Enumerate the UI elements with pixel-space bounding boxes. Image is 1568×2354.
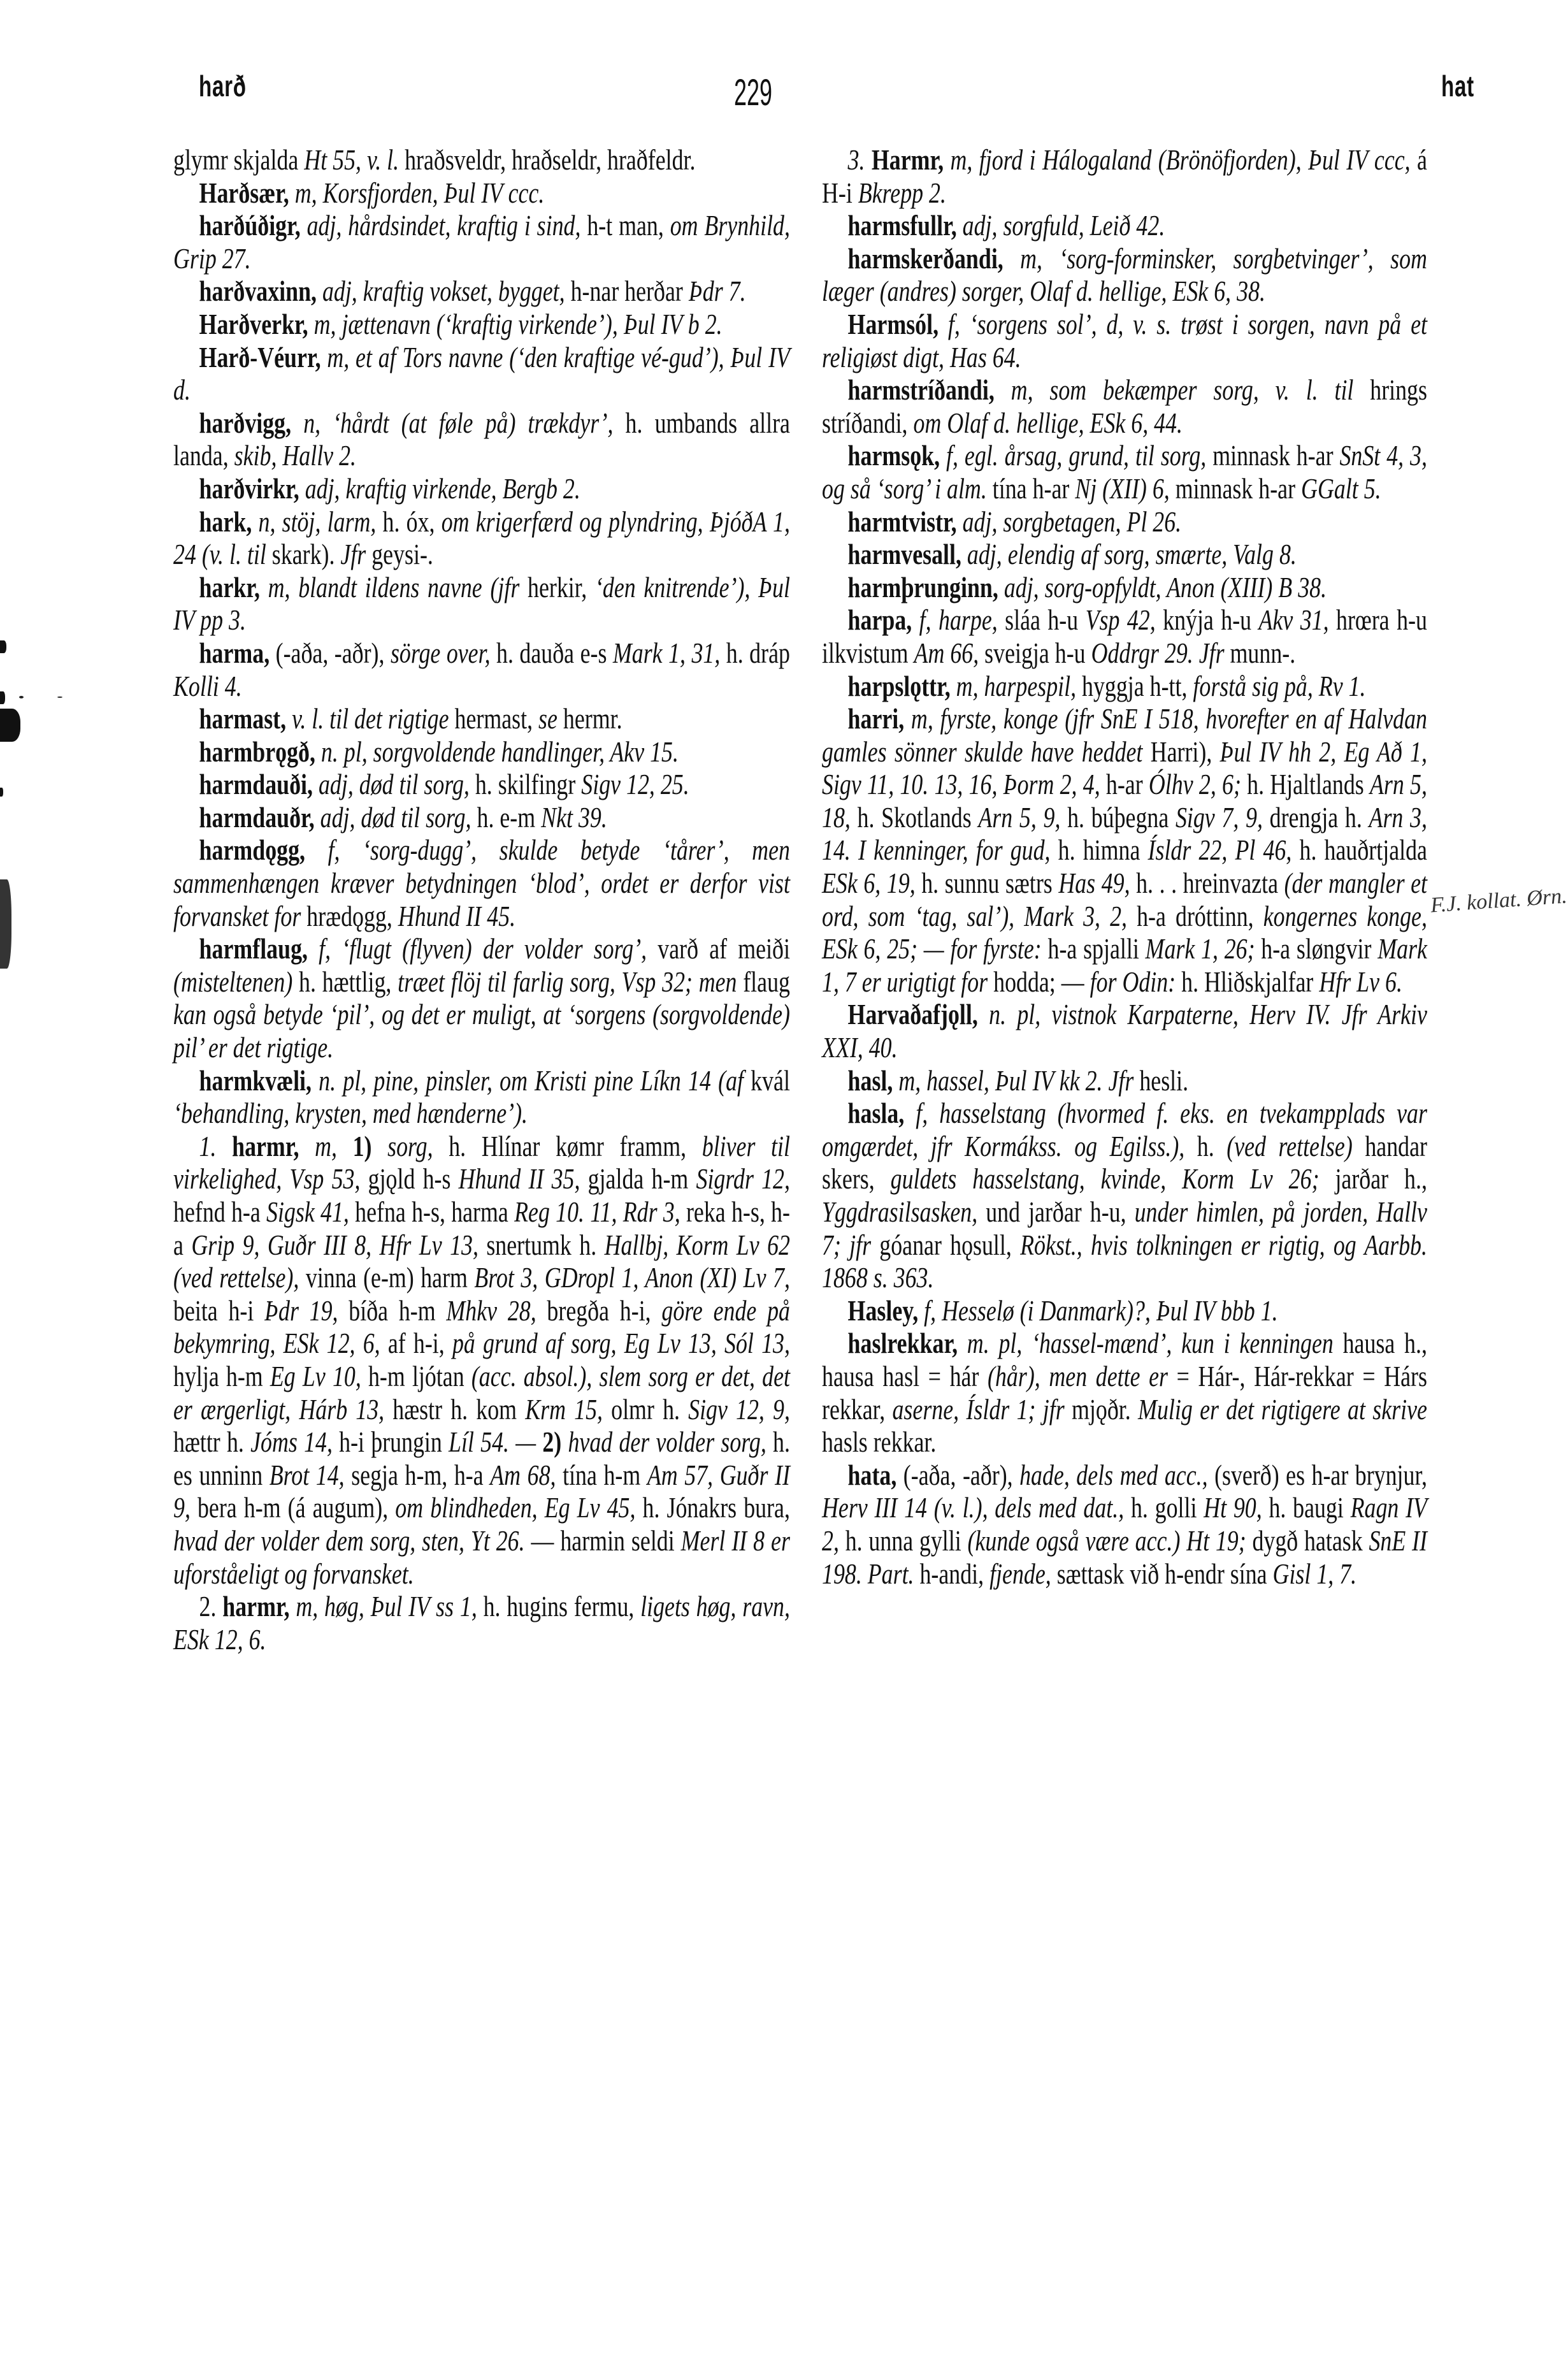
gloss-italic: Líl 54. — xyxy=(449,1426,542,1458)
citation-text: hesli. xyxy=(1133,1064,1188,1097)
citation-text: h. Jónakrs bura, xyxy=(635,1491,789,1524)
headword: harðvaxinn, xyxy=(199,275,322,307)
dictionary-entry: harmskerðandi, m, ‘sorg-forminsker, sorg… xyxy=(822,242,1427,308)
citation-text: h. dauða e-s xyxy=(491,637,613,669)
gloss-italic: Ólhv 2, 6; xyxy=(1149,768,1241,800)
citation-text: — harmin seldi xyxy=(525,1524,681,1557)
citation-text: sveigja h-u xyxy=(979,637,1091,669)
gloss-italic: aserne, Ísldr 1; jfr xyxy=(892,1393,1064,1426)
citation-text: sláa h-u xyxy=(998,603,1086,636)
running-head-right: hat xyxy=(1441,69,1474,103)
scan-edge-shadow xyxy=(0,640,6,653)
gloss-italic: adj, sorg-opfyldt, Anon (XIII) B 38. xyxy=(1004,571,1327,603)
headword: harmdǫgg, xyxy=(199,834,328,866)
citation-text: munn-. xyxy=(1225,637,1296,669)
dictionary-entry: hasl, m, hassel, Þul IV kk 2. Jfr hesli. xyxy=(822,1064,1427,1097)
gloss-italic: sörge over, xyxy=(391,637,491,669)
gloss-italic: GGalt 5. xyxy=(1301,472,1381,505)
headword: harpslǫttr, xyxy=(848,670,956,702)
gloss-italic: Þdr 7. xyxy=(689,275,746,307)
citation-text: h. Hliðskjalfar xyxy=(1176,965,1319,998)
right-column: 3. Harmr, m, fjord i Hálogaland (Brönöfj… xyxy=(822,143,1427,1590)
gloss-italic: m, fjord i Hálogaland (Brönöfjorden), Þu… xyxy=(951,143,1411,176)
gloss-italic: Mark 1, 26; xyxy=(1146,932,1255,965)
citation-text: hefna h-s, harma xyxy=(349,1195,514,1228)
gloss-italic: 1. xyxy=(199,1130,233,1162)
citation-text: flaug xyxy=(737,965,789,998)
gloss-italic: Bkrepp 2. xyxy=(858,177,946,209)
dictionary-entry: harmdǫgg, f, ‘sorg-dugg’, skulde betyde … xyxy=(173,834,790,932)
dictionary-entry: 1. harmr, m, 1) sorg, h. Hlínar kømr fra… xyxy=(173,1130,790,1590)
citation-text: drengja h. xyxy=(1263,801,1369,834)
citation-text: h-nar herðar xyxy=(565,275,689,307)
scan-edge-shadow xyxy=(0,709,20,742)
gloss-italic: n. pl, pine, pinsler, om Kristi pine Lík… xyxy=(319,1064,744,1097)
headword: harmbrǫgð, xyxy=(199,735,321,768)
citation-text: varð af meiði xyxy=(647,932,790,965)
citation-text: h-ar xyxy=(1100,768,1149,800)
citation-text: h-a dróttinn, xyxy=(1127,900,1263,932)
gloss-italic: Vsp 42, xyxy=(1086,603,1156,636)
scan-dot xyxy=(57,697,62,698)
headword: harmr, xyxy=(222,1590,296,1622)
dictionary-entry: harmþrunginn, adj, sorg-opfyldt, Anon (X… xyxy=(822,571,1427,604)
gloss-italic: Mhkv 28, xyxy=(446,1294,536,1327)
headword: harmdauðr, xyxy=(199,801,320,834)
citation-text: gjalda h-m xyxy=(580,1162,696,1195)
scan-dot xyxy=(19,696,24,698)
citation-text: hefnd h-a xyxy=(173,1195,266,1228)
dictionary-entry: harri, m, fyrste, konge (jfr SnE I 518, … xyxy=(822,702,1427,998)
citation-text: h. unna gylli xyxy=(839,1524,968,1557)
gloss-italic: adj, kraftig virkende, Bergb 2. xyxy=(305,472,580,505)
handwritten-margin-note: F.J. kollat. Ørn. xyxy=(1430,885,1568,918)
gloss-italic: fjende, xyxy=(989,1557,1051,1590)
gloss-italic: adj, død til sorg, xyxy=(319,768,470,800)
dictionary-entry: harðvigg, n, ‘hårdt (at føle på) trækdyr… xyxy=(173,407,790,472)
citation-text: geysi-. xyxy=(366,538,433,570)
dictionary-entry: harðvaxinn, adj, kraftig vokset, bygget,… xyxy=(173,275,790,308)
dictionary-entry: hata, (-aða, -aðr), hade, dels med acc.,… xyxy=(822,1459,1427,1590)
citation-text: hyggja h-tt, xyxy=(1076,670,1193,702)
gloss-italic: Hfr Lv 6. xyxy=(1319,965,1402,998)
citation-text: h. hugins fermu, xyxy=(477,1590,640,1622)
headword: harma, xyxy=(199,637,276,669)
citation-text: h-a spjalli xyxy=(1042,932,1146,965)
gloss-italic: Þdr 19, xyxy=(264,1294,338,1327)
citation-text: minnask h-ar xyxy=(1206,439,1339,472)
citation-text: h. baugi xyxy=(1262,1491,1351,1524)
citation-text: h. sunnu sætrs xyxy=(916,867,1059,899)
gloss-italic: Gisl 1, 7. xyxy=(1273,1557,1357,1590)
headword: harpa, xyxy=(848,603,919,636)
headword: Harðsær, xyxy=(199,177,295,209)
headword: harmtvistr, xyxy=(848,505,963,538)
dictionary-entry: harðúðigr, adj, hårdsindet, kraftig i si… xyxy=(173,209,790,275)
citation-text: h. Hlínar kømr framm, xyxy=(433,1130,702,1162)
citation-text: knýja h-u xyxy=(1156,603,1259,636)
citation-text: snertumk h. xyxy=(478,1229,605,1261)
gloss-italic: om blindheden, Eg Lv 45, xyxy=(395,1491,635,1524)
left-column: glymr skjalda Ht 55, v. l. hraðsveldr, h… xyxy=(173,143,790,1656)
headword: harmdauði, xyxy=(199,768,319,800)
citation-text: h. . . hreinvazta xyxy=(1130,867,1284,899)
headword: Harmr, xyxy=(872,143,951,176)
gloss-italic: Ísldr 22, Pl 46, xyxy=(1148,834,1292,866)
gloss-italic: Sigv 7, 9, xyxy=(1176,801,1263,834)
dictionary-entry: harmtvistr, adj, sorgbetagen, Pl 26. xyxy=(822,505,1427,538)
headword: Harvaðafjǫll, xyxy=(848,998,989,1030)
citation-text: sættask við h-endr sína xyxy=(1051,1557,1273,1590)
dictionary-entry: harpa, f, harpe, sláa h-u Vsp 42, knýja … xyxy=(822,603,1427,669)
gloss-italic: Brot 3, GDropl 1, Anon (XI) Lv 7, xyxy=(474,1261,790,1294)
citation-text: bregða h-i, xyxy=(536,1294,662,1327)
headword: harkr, xyxy=(199,571,268,603)
dictionary-entry: harmvesall, adj, elendig af sorg, smærte… xyxy=(822,538,1427,571)
running-head-left: harð xyxy=(199,69,247,103)
headword: harmkvæli, xyxy=(199,1064,319,1097)
citation-text: jarðar h., xyxy=(1320,1162,1427,1195)
headword: harmskerðandi, xyxy=(848,242,1021,275)
citation-text: h. himna xyxy=(1051,834,1148,866)
gloss-italic: Reg 10. 11, Rdr 3, xyxy=(514,1195,680,1228)
citation-text: hættr h. xyxy=(173,1426,250,1458)
citation-text: h. Skotlands xyxy=(851,801,979,834)
gloss-italic: (hår), men dette er xyxy=(988,1360,1168,1392)
citation-text: beita h-i xyxy=(173,1294,264,1327)
citation-text: hasls rekkar. xyxy=(822,1426,936,1458)
gloss-italic: (misteltenen) xyxy=(173,965,292,998)
scan-edge-shadow xyxy=(0,788,3,797)
gloss-italic: hvad der volder sorg, xyxy=(568,1426,766,1458)
dictionary-entry: 3. Harmr, m, fjord i Hálogaland (Brönöfj… xyxy=(822,143,1427,209)
gloss-italic: (ved rettelse) xyxy=(1226,1130,1353,1162)
headword: Hasley, xyxy=(848,1294,924,1327)
dictionary-entry: harmsǫk, f, egl. årsag, grund, til sorg,… xyxy=(822,439,1427,505)
gloss-italic: Hhund II 35, xyxy=(459,1162,580,1195)
headword: harmsfullr, xyxy=(848,209,963,242)
headword: harmvesall, xyxy=(848,538,967,570)
citation-text: dygð hatask xyxy=(1246,1524,1369,1557)
gloss-italic: Mark 1, 31, xyxy=(613,637,720,669)
citation-text: h-andi, xyxy=(914,1557,990,1590)
citation-text: (-aða, -aðr), xyxy=(276,637,391,669)
gloss-italic: hade, dels med acc., xyxy=(1019,1459,1207,1491)
gloss-italic: adj, hårdsindet, kraftig i sind, xyxy=(307,209,581,242)
citation-text: h. skilfingr xyxy=(470,768,581,800)
dictionary-entry: Hasley, f, Hesselø (i Danmark)?, Þul IV … xyxy=(822,1294,1427,1327)
dictionary-entry: harmast, v. l. til det rigtige hermast, … xyxy=(173,702,790,735)
gloss-italic: Am 68, xyxy=(490,1459,556,1491)
gloss-italic: f, harpe, xyxy=(919,603,998,636)
headword: harðvigg, xyxy=(199,407,304,439)
headword: harmflaug, xyxy=(199,932,319,965)
citation-text: glymr skjalda xyxy=(173,143,304,176)
citation-text: af h-i, xyxy=(380,1327,452,1359)
dictionary-entry: harkr, m, blandt ildens navne (jfr herki… xyxy=(173,571,790,637)
citation-text: kvál xyxy=(744,1064,790,1097)
gloss-italic: Sigv 12, 25. xyxy=(581,768,689,800)
gloss-italic: se xyxy=(538,702,557,735)
gloss-italic: Krm 15, xyxy=(525,1393,603,1426)
gloss-italic: kan også betyde ‘pil’, og det er muligt,… xyxy=(173,998,790,1064)
dictionary-entry: harpslǫttr, m, harpespil, hyggja h-tt, f… xyxy=(822,670,1427,703)
citation-text: h. hættlig, xyxy=(292,965,398,998)
citation-text: h-a sløngvir xyxy=(1255,932,1378,965)
dictionary-entry: Harmsól, f, ‘sorgens sol’, d, v. s. trøs… xyxy=(822,308,1427,373)
gloss-italic: f, ‘flugt (flyven) der volder sorg’, xyxy=(319,932,647,965)
gloss-italic: adj, død til sorg, xyxy=(320,801,471,834)
citation-text: h. Hjaltlands xyxy=(1241,768,1370,800)
gloss-italic: adj, kraftig vokset, bygget, xyxy=(322,275,565,307)
citation-text: h. xyxy=(1184,1130,1226,1162)
headword: Harðverkr, xyxy=(199,308,314,340)
citation-text: h. dráp xyxy=(720,637,790,669)
citation-text: h. óx, xyxy=(376,505,441,538)
gloss-italic: adj, sorgfuld, Leið 42. xyxy=(963,209,1165,242)
dictionary-entry: 2. harmr, m, høg, Þul IV ss 1, h. hugins… xyxy=(173,1590,790,1656)
gloss-italic: m, Korsfjorden, Þul IV ccc. xyxy=(295,177,545,209)
gloss-italic: n. pl, sorgvoldende handlinger, Akv 15. xyxy=(321,735,679,768)
gloss-italic: ESk 6, 19, xyxy=(822,867,916,899)
headword: harmþrunginn, xyxy=(848,571,1004,603)
dictionary-entry: harma, (-aða, -aðr), sörge over, h. dauð… xyxy=(173,637,790,702)
citation-text: h. hauðrtjalda xyxy=(1291,834,1427,866)
gloss-italic: Jóms 14, xyxy=(250,1426,333,1458)
citation-text: hraðsveldr, hraðseldr, hraðfeldr. xyxy=(399,143,695,176)
gloss-italic: forstå sig på, Rv 1. xyxy=(1193,670,1365,702)
citation-text: bera h-m (á augum), xyxy=(191,1491,395,1524)
gloss-italic: m. pl, ‘hassel-mænd’, kun i kenningen xyxy=(967,1327,1334,1359)
citation-text: h-m ljótan xyxy=(361,1360,471,1392)
citation-text: Harri), xyxy=(1142,735,1219,768)
gloss-italic: Sigsk 41, xyxy=(266,1195,349,1228)
gloss-italic: adj, elendig af sorg, smærte, Valg 8. xyxy=(967,538,1297,570)
citation-text: h. golli xyxy=(1124,1491,1204,1524)
dictionary-entry: hasla, f, hasselstang (hvormed f. eks. e… xyxy=(822,1097,1427,1294)
gloss-italic: Akv 31, xyxy=(1259,603,1329,636)
dictionary-entry: Harðsær, m, Korsfjorden, Þul IV ccc. xyxy=(173,177,790,210)
gloss-italic: Kolli 4. xyxy=(173,670,242,702)
gloss-italic: Nkt 39. xyxy=(541,801,607,834)
citation-text: tína h-m xyxy=(556,1459,647,1491)
citation-text: hylja h-m xyxy=(173,1360,270,1392)
headword: harmast, xyxy=(199,702,292,735)
headword: harmr, xyxy=(232,1130,315,1162)
gloss-italic: (kunde også være acc.) Ht 19; xyxy=(968,1524,1246,1557)
gloss-italic: Sigrdr 12, xyxy=(696,1162,790,1195)
gloss-italic: Brot 14, xyxy=(270,1459,345,1491)
gloss-italic: træet flöj til farlig sorg, Vsp 32; men xyxy=(398,965,737,998)
dictionary-entry: Harð-Véurr, m, et af Tors navne (‘den kr… xyxy=(173,341,790,407)
gloss-italic: guldets hasselstang, kvinde, Korm Lv 26; xyxy=(891,1162,1320,1195)
citation-text: segja h-m, h-a xyxy=(345,1459,491,1491)
gloss-italic: Hhund II 45. xyxy=(398,900,515,932)
headword: Harð-Véurr, xyxy=(199,341,327,373)
gloss-italic: Ht 55, v. l. xyxy=(304,143,399,176)
headword: harri, xyxy=(848,702,911,735)
gloss-italic: Herv III 14 (v. l.), dels med dat., xyxy=(822,1491,1124,1524)
gloss-italic: Has 49, xyxy=(1058,867,1130,899)
scan-edge-shadow xyxy=(0,879,11,969)
headword: hark, xyxy=(199,505,259,538)
citation-text: góanar hǫsull, xyxy=(871,1229,1020,1261)
dictionary-entry: Harðverkr, m, jættenavn (‘kraftig virken… xyxy=(173,308,790,341)
gloss-italic: Grip 9, Guðr III 8, Hfr Lv 13, xyxy=(191,1229,478,1261)
headword: 1) xyxy=(353,1130,388,1162)
dictionary-entry: Harvaðafjǫll, n. pl, vistnok Karpaterne,… xyxy=(822,998,1427,1064)
citation-text: hermr. xyxy=(557,702,622,735)
dictionary-entry: harmdauði, adj, død til sorg, h. skilfin… xyxy=(173,768,790,801)
dictionary-entry: harmsfullr, adj, sorgfuld, Leið 42. xyxy=(822,209,1427,242)
citation-text: 2. xyxy=(199,1590,223,1622)
citation-text: skark). xyxy=(266,538,341,570)
gloss-italic: m, hassel, Þul IV kk 2. Jfr xyxy=(898,1064,1133,1097)
citation-text: minnask h-ar xyxy=(1170,472,1301,505)
dictionary-entry: harmbrǫgð, n. pl, sorgvoldende handlinge… xyxy=(173,735,790,769)
headword: Harmsól, xyxy=(848,308,948,340)
citation-text: vinna (e-m) harm xyxy=(299,1261,474,1294)
gloss-italic: Eg Lv 10, xyxy=(270,1360,361,1392)
dictionary-entry: haslrekkar, m. pl, ‘hassel-mænd’, kun i … xyxy=(822,1327,1427,1458)
headword: harmstríðandi, xyxy=(848,373,1011,406)
citation-text: hermast, xyxy=(449,702,538,735)
right-column-entries: 3. Harmr, m, fjord i Hálogaland (Brönöfj… xyxy=(822,143,1427,1590)
citation-text: (sverð) es h-ar brynjur, xyxy=(1208,1459,1427,1491)
headword: harmsǫk, xyxy=(848,439,946,472)
gloss-italic: m, høg, Þul IV ss 1, xyxy=(296,1590,477,1622)
citation-text: und jarðar h-u, xyxy=(977,1195,1134,1228)
gloss-italic: Arn 5, 9, xyxy=(978,801,1060,834)
citation-text: gjǫld h-s xyxy=(360,1162,458,1195)
citation-text: h. búþegna xyxy=(1060,801,1176,834)
headword: harðúðigr, xyxy=(199,209,307,242)
gloss-italic: hvad der volder dem sorg, sten, Yt 26. xyxy=(173,1524,525,1557)
gloss-italic: m, jættenavn (‘kraftig virkende’), Þul I… xyxy=(314,308,723,340)
dictionary-entry: harðvirkr, adj, kraftig virkende, Bergb … xyxy=(173,472,790,505)
dictionary-entry: harmflaug, f, ‘flugt (flyven) der volder… xyxy=(173,932,790,1064)
citation-text: (-aða, -aðr), xyxy=(903,1459,1019,1491)
dictionary-entry: harmstríðandi, m, som bekæmper sorg, v. … xyxy=(822,373,1427,439)
gloss-italic: m, xyxy=(315,1130,353,1162)
citation-text: tína h-ar xyxy=(987,472,1075,505)
gloss-italic: n, stöj, larm, xyxy=(259,505,377,538)
citation-text: herkir, xyxy=(519,571,595,603)
dictionary-entry: glymr skjalda Ht 55, v. l. hraðsveldr, h… xyxy=(173,143,790,177)
dictionary-entry: hark, n, stöj, larm, h. óx, om krigerfær… xyxy=(173,505,790,571)
left-column-entries: glymr skjalda Ht 55, v. l. hraðsveldr, h… xyxy=(173,143,790,1656)
gloss-italic: Mulig er det rigtigere at skrive xyxy=(1138,1393,1427,1426)
gloss-italic: adj, sorgbetagen, Pl 26. xyxy=(963,505,1181,538)
citation-text: mjǫðr. xyxy=(1065,1393,1138,1426)
citation-text: hæstr h. kom xyxy=(384,1393,525,1426)
scan-edge-shadow xyxy=(0,691,5,704)
headword: 2) xyxy=(542,1426,568,1458)
citation-text: bíða h-m xyxy=(338,1294,447,1327)
gloss-italic: f, Hesselø (i Danmark)?, Þul IV bbb 1. xyxy=(924,1294,1277,1327)
gloss-italic: om Olaf d. hellige, ESk 6, 44. xyxy=(914,407,1183,439)
gloss-italic: ‘behandling, krysten, med hænderne’). xyxy=(173,1097,528,1129)
gloss-italic: m, harpespil, xyxy=(956,670,1076,702)
gloss-italic: Am 66, xyxy=(914,637,979,669)
headword: haslrekkar, xyxy=(848,1327,967,1359)
citation-text: h-t man, xyxy=(580,209,670,242)
gloss-italic: n, ‘hårdt (at føle på) trækdyr’, xyxy=(303,407,613,439)
gloss-italic: m, som bekæmper sorg, v. l. til xyxy=(1011,373,1354,406)
dictionary-entry: harmdauðr, adj, død til sorg, h. e-m Nkt… xyxy=(173,801,790,834)
headword: harðvirkr, xyxy=(199,472,305,505)
dictionary-entry: harmkvæli, n. pl, pine, pinsler, om Kris… xyxy=(173,1064,790,1130)
gloss-italic: Sigv 12, 9, xyxy=(688,1393,790,1426)
gloss-italic: Ht 90, xyxy=(1204,1491,1262,1524)
gloss-italic: Jfr xyxy=(340,538,366,570)
headword: hasl, xyxy=(848,1064,899,1097)
gloss-italic: Yggdrasilsasken, xyxy=(822,1195,977,1228)
citation-text: hrædǫgg, xyxy=(301,900,398,932)
headword: hasla, xyxy=(848,1097,916,1129)
gloss-italic: 3. xyxy=(848,143,872,176)
gloss-italic: på grund af sorg, Eg Lv 13, Sól 13, xyxy=(452,1327,790,1359)
citation-text: hodda; — xyxy=(988,965,1090,998)
gloss-italic: Nj (XII) 6, xyxy=(1075,472,1169,505)
headword: hata, xyxy=(848,1459,903,1491)
citation-text: h. e-m xyxy=(471,801,542,834)
gloss-italic: v. l. til det rigtige xyxy=(292,702,449,735)
citation-text: olmr h. xyxy=(603,1393,688,1426)
page-number: 229 xyxy=(734,71,772,114)
gloss-italic: for Odin: xyxy=(1090,965,1176,998)
gloss-italic: m, blandt ildens navne (jfr xyxy=(268,571,520,603)
gloss-italic: f, egl. årsag, grund, til sorg, xyxy=(946,439,1206,472)
citation-text: h-i þrungin xyxy=(333,1426,449,1458)
gloss-italic: skib, Hallv 2. xyxy=(234,439,356,472)
gloss-italic: Oddrgr 29. Jfr xyxy=(1091,637,1225,669)
gloss-italic: sorg, xyxy=(387,1130,433,1162)
